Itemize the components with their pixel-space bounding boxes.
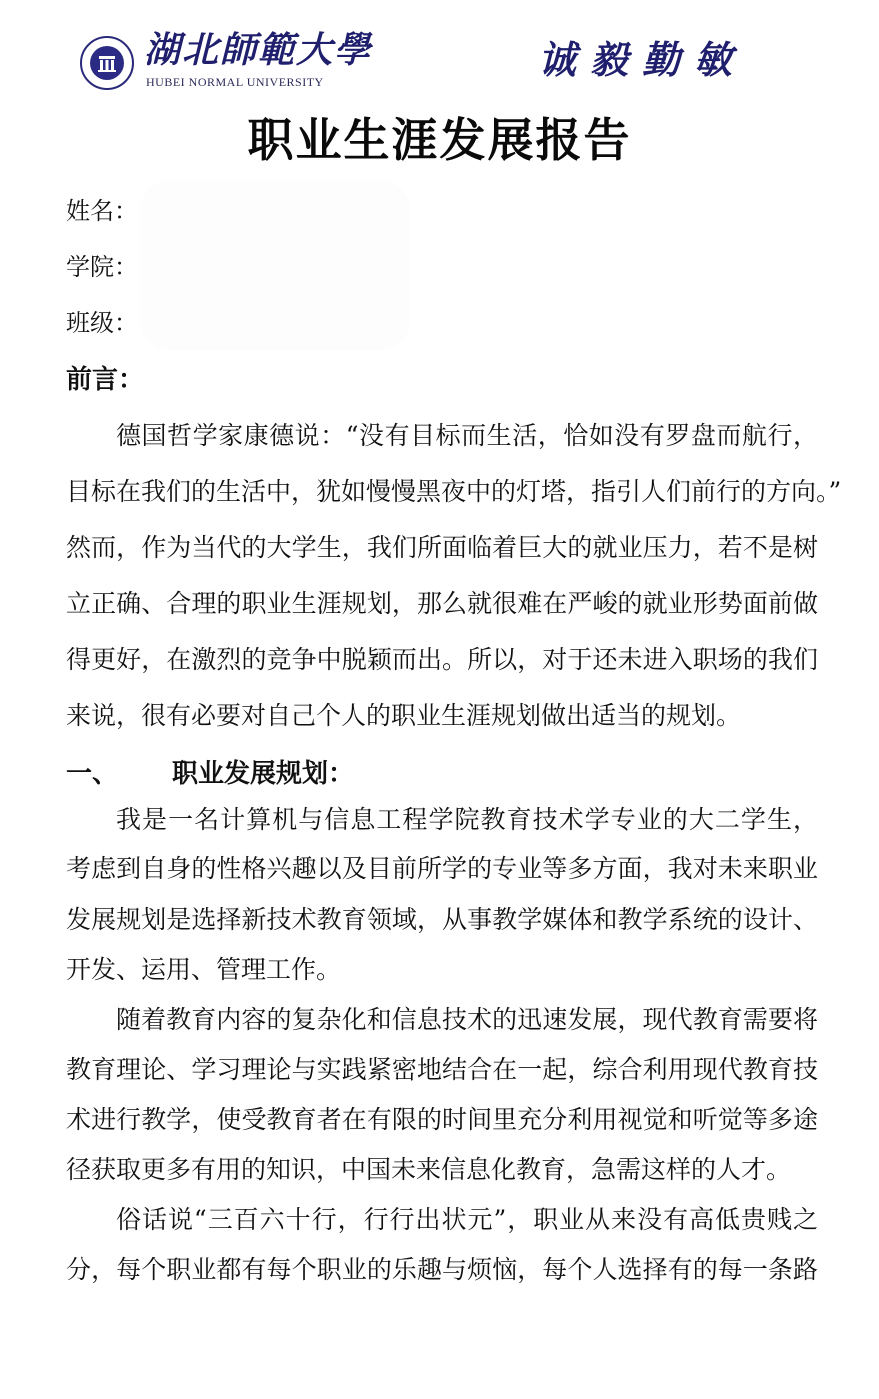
preface-line: 德国哲学家康德说：“没有目标而生活，恰如没有罗盘而航行， (116, 420, 818, 452)
body-line: 随着教育内容的复杂化和信息技术的迅速发展，现代教育需要将 (116, 1004, 818, 1036)
college-field-label: 学院： (66, 252, 138, 282)
preface-line: 来说，很有必要对自己个人的职业生涯规划做出适当的规划。 (66, 700, 818, 732)
section-title: 职业发展规划： (172, 759, 354, 789)
section-1-heading: 一、职业发展规划： (66, 758, 354, 790)
section-number: 一、 (66, 759, 118, 789)
university-name-en: HUBEI NORMAL UNIVERSITY (146, 75, 324, 90)
university-seal-icon (80, 36, 134, 90)
name-field-label: 姓名： (66, 196, 138, 226)
body-line: 术进行教学，使受教育者在有限的时间里充分利用视觉和听觉等多途 (66, 1104, 818, 1136)
building-icon (96, 52, 118, 74)
preface-line: 然而，作为当代的大学生，我们所面临着巨大的就业压力，若不是树 (66, 532, 818, 564)
document-header: 湖北師範大學 HUBEI NORMAL UNIVERSITY 诚毅勤敏 (0, 0, 879, 100)
body-line: 考虑到自身的性格兴趣以及目前所学的专业等多方面，我对未来职业 (66, 853, 818, 885)
university-name-cn: 湖北師範大學 (144, 30, 372, 70)
preface-line: 目标在我们的生活中，犹如慢慢黑夜中的灯塔，指引人们前行的方向。” (66, 476, 818, 508)
body-line: 发展规划是选择新技术教育领域，从事教学媒体和教学系统的设计、 (66, 904, 818, 936)
preface-line: 得更好，在激烈的竞争中脱颖而出。所以，对于还未进入职场的我们 (66, 644, 818, 676)
seal-emblem (90, 46, 124, 80)
body-line: 教育理论、学习理论与实践紧密地结合在一起，综合利用现代教育技 (66, 1054, 818, 1086)
body-line: 我是一名计算机与信息工程学院教育技术学专业的大二学生， (116, 804, 818, 836)
preface-line: 立正确、合理的职业生涯规划，那么就很难在严峻的就业形势面前做 (66, 588, 818, 620)
page-title: 职业生涯发展报告 (0, 110, 879, 170)
body-line: 俗话说“三百六十行，行行出状元”，职业从来没有高低贵贱之 (116, 1204, 818, 1236)
class-field-label: 班级： (66, 308, 138, 338)
preface-heading: 前言： (66, 364, 144, 396)
university-motto: 诚毅勤敏 (538, 36, 746, 84)
body-line: 径获取更多有用的知识，中国未来信息化教育，急需这样的人才。 (66, 1154, 818, 1186)
body-line: 开发、运用、管理工作。 (66, 954, 818, 986)
redacted-area (140, 180, 410, 350)
body-line: 分，每个职业都有每个职业的乐趣与烦恼，每个人选择有的每一条路 (66, 1254, 818, 1286)
